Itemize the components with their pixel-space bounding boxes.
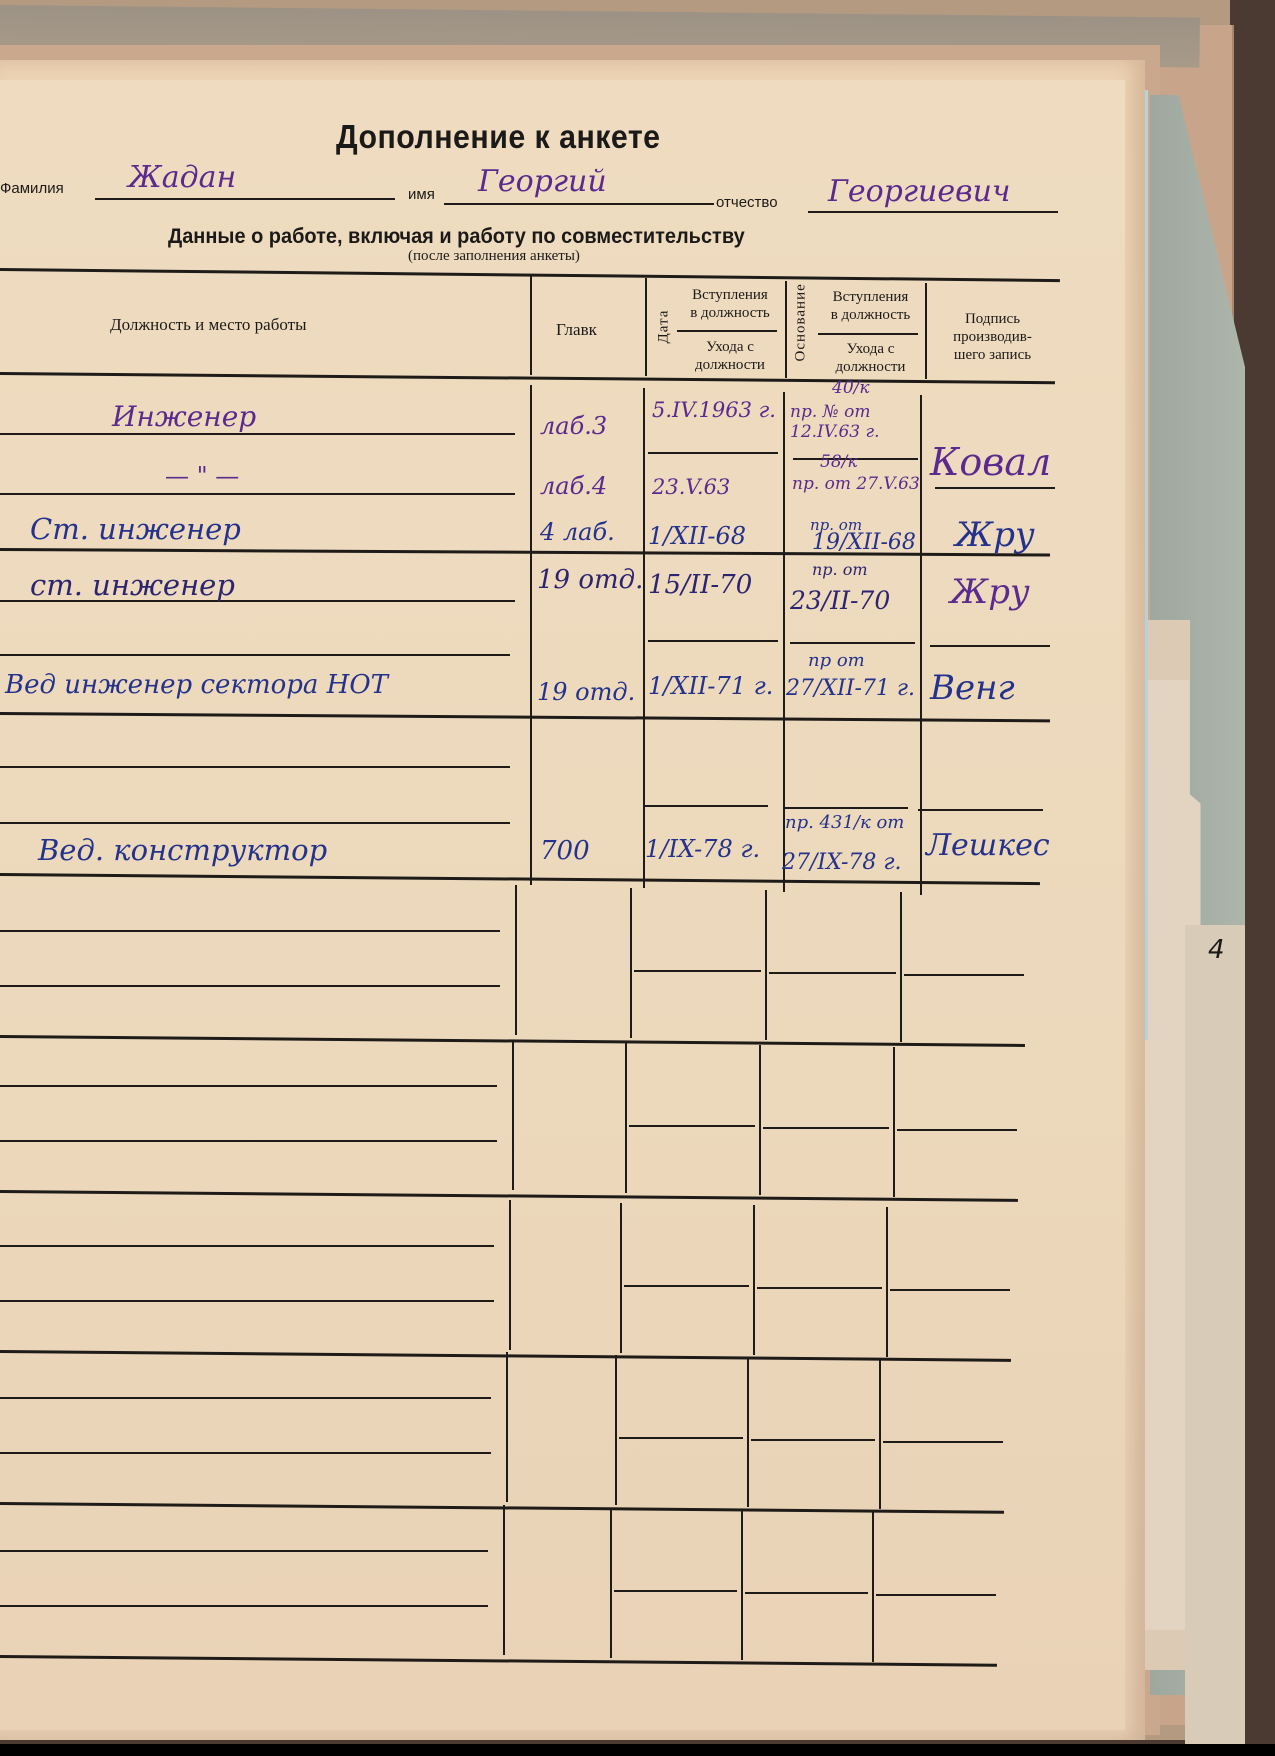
row5-date: 1/XII-71 г.: [648, 672, 773, 700]
empty-row-rule: [0, 1085, 497, 1087]
row3-signature: Жру: [955, 515, 1035, 555]
empty-row-rule: [883, 1441, 1003, 1443]
row-rule: [0, 654, 510, 656]
empty-row-rule: [0, 1550, 488, 1552]
empty-row-rule: [769, 972, 896, 974]
header-date-label: Дата: [656, 307, 673, 347]
row-rule: [0, 493, 515, 495]
row4-date: 15/II-70: [648, 570, 752, 600]
row2-glavk: лаб.4: [540, 472, 607, 500]
row1-basis-top: 40/к: [832, 378, 870, 398]
empty-row-rule: [0, 1397, 491, 1399]
row4-position: ст. инженер: [30, 568, 235, 602]
section-subnote: (после заполнения анкеты): [408, 248, 580, 265]
empty-row-rule: [751, 1439, 875, 1441]
row5-glavk: 19 отд.: [537, 678, 635, 706]
empty-col-divider: [753, 1205, 755, 1355]
row2-date: 23.V.63: [652, 475, 730, 499]
empty-col-divider: [515, 885, 517, 1035]
empty-row-rule: [745, 1592, 868, 1594]
empty-row-rule: [614, 1590, 737, 1592]
row6-date: 1/IX-78 г.: [645, 835, 760, 863]
empty-row-rule: [890, 1289, 1010, 1291]
empty-col-divider: [625, 1043, 627, 1193]
empty-row-rule: [763, 1127, 889, 1129]
surname-label: Фамилия: [0, 180, 64, 197]
row-rule: [0, 433, 515, 435]
row-rule: [0, 822, 510, 824]
empty-col-divider: [747, 1357, 749, 1507]
row-rule: [643, 805, 768, 807]
header-basis-start: Вступленияв должность: [818, 288, 923, 324]
empty-row-rule: [619, 1437, 743, 1439]
row1-basis: пр. № от 12.IV.63 г.: [790, 402, 920, 442]
empty-col-divider: [741, 1510, 743, 1660]
row3-position: Ст. инженер: [30, 512, 241, 546]
row6-basis-top: пр. 431/к от: [785, 812, 904, 833]
row5-position: Вед инженер сектора НОТ: [5, 670, 388, 700]
empty-row-rule: [757, 1287, 882, 1289]
col-divider-date: [645, 278, 647, 376]
empty-col-divider: [759, 1045, 761, 1195]
empty-row-rule: [0, 985, 500, 987]
surname-value: Жадан: [128, 160, 236, 195]
empty-row-rule: [0, 1605, 488, 1607]
row3-basis: 19/XII-68: [812, 530, 916, 555]
name-label: имя: [408, 186, 435, 203]
header-basis-label: Основание: [793, 292, 810, 362]
row-rule: [648, 640, 778, 642]
patronymic-label: отчество: [716, 194, 778, 211]
empty-row-rule: [0, 1245, 494, 1247]
empty-row-rule: [0, 1140, 497, 1142]
empty-col-divider: [506, 1352, 508, 1502]
row-rule: [648, 452, 778, 454]
section-subtitle: Данные о работе, включая и работу по сов…: [168, 225, 745, 249]
header-glavk: Главк: [556, 320, 597, 339]
col-divider-glavk: [530, 275, 532, 375]
empty-col-divider: [615, 1355, 617, 1505]
empty-col-divider: [610, 1508, 612, 1658]
empty-col-divider: [900, 892, 902, 1042]
header-date-start: Вступленияв должность: [680, 286, 780, 322]
row4-signature: Жру: [950, 572, 1030, 612]
row6-signature: Лешкес: [926, 828, 1050, 863]
row4-basis-top: пр. от: [812, 560, 868, 579]
row4-basis: 23/II-70: [790, 586, 890, 615]
empty-col-divider: [620, 1203, 622, 1353]
row3-glavk: 4 лаб.: [540, 518, 615, 546]
scan-bottom-edge: [0, 1744, 1275, 1756]
body-col-divider-date: [643, 388, 645, 888]
row1-position: Инженер: [112, 400, 256, 433]
side-tab-number: 4: [1208, 935, 1225, 965]
empty-row-rule: [624, 1285, 749, 1287]
row-rule: [790, 642, 915, 644]
body-col-divider-signature: [920, 395, 922, 895]
empty-row-rule: [876, 1594, 996, 1596]
empty-row-rule: [629, 1125, 755, 1127]
row4-glavk: 19 отд.: [537, 565, 643, 595]
row1-date: 5.IV.1963 г.: [652, 398, 776, 422]
patronymic-value: Георгиевич: [828, 174, 1011, 209]
row5-basis-top: пр от: [808, 650, 865, 671]
side-paper-tab-3: [1185, 925, 1245, 1745]
empty-row-rule: [897, 1129, 1017, 1131]
header-basis-end: Ухода сдолжности: [818, 340, 923, 376]
name-value: Георгий: [478, 164, 607, 199]
empty-col-divider: [872, 1512, 874, 1662]
body-col-divider-glavk: [530, 385, 532, 885]
col-divider-signature: [925, 283, 927, 379]
empty-row-rule: [904, 974, 1024, 976]
row5-signature: Венг: [930, 668, 1015, 708]
empty-col-divider: [503, 1505, 505, 1655]
row1-glavk: лаб.3: [540, 412, 607, 440]
row6-glavk: 700: [540, 836, 590, 866]
row2-basis: пр. от 27.V.63: [792, 474, 922, 494]
empty-col-divider: [886, 1207, 888, 1357]
row2-basis-top: 58/к: [820, 452, 858, 472]
row6-basis: 27/IX-78 г.: [782, 850, 902, 875]
row5-basis: 27/XII-71 г.: [786, 676, 915, 701]
header-signature: Подписьпроизводив-шего запись: [930, 310, 1055, 364]
patronymic-underline: [808, 211, 1058, 213]
row6-position: Вед. конструктор: [38, 833, 327, 867]
date-header-split: [677, 330, 777, 332]
row2-signature: Ковал: [930, 440, 1051, 484]
row-rule: [918, 809, 1043, 811]
empty-row-rule: [0, 1452, 491, 1454]
empty-col-divider: [630, 888, 632, 1038]
empty-col-divider: [879, 1359, 881, 1509]
row2-position: — " —: [165, 462, 239, 490]
row-rule: [783, 807, 908, 809]
empty-col-divider: [509, 1200, 511, 1350]
empty-col-divider: [893, 1047, 895, 1197]
empty-col-divider: [765, 890, 767, 1040]
form-title: Дополнение к анкете: [336, 118, 661, 156]
row3-date: 1/XII-68: [648, 522, 746, 550]
row-rule: [930, 645, 1050, 647]
header-position: Должность и место работы: [110, 315, 307, 334]
row-rule: [935, 487, 1055, 489]
row-rule: [0, 766, 510, 768]
basis-header-split: [818, 333, 918, 335]
col-divider-basis: [785, 281, 787, 378]
header-date-end: Ухода сдолжности: [680, 338, 780, 374]
empty-row-rule: [634, 970, 761, 972]
empty-row-rule: [0, 930, 500, 932]
empty-row-rule: [0, 1300, 494, 1302]
name-underline: [444, 203, 714, 205]
empty-col-divider: [512, 1040, 514, 1190]
surname-underline: [95, 198, 395, 200]
